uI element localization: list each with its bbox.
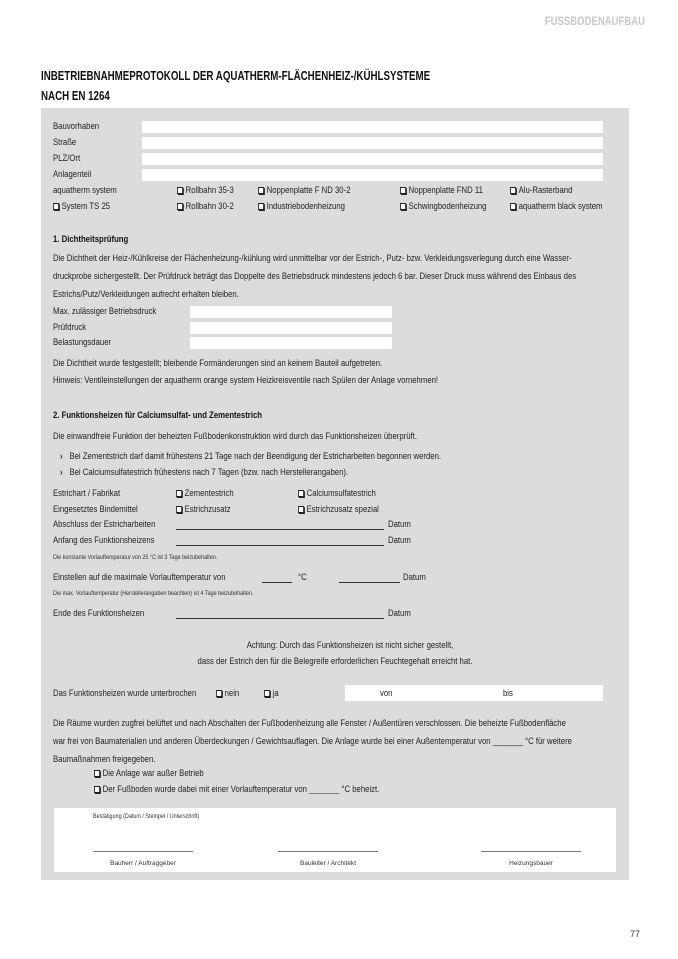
section2-intro: Die einwandfreie Funktion der beheizten … bbox=[53, 431, 417, 441]
checkbox-icon[interactable] bbox=[176, 506, 182, 513]
section1-heading: 1. Dichtheitsprüfung bbox=[53, 234, 128, 244]
abschluss-date-line[interactable] bbox=[176, 529, 384, 530]
max-temperature-line[interactable] bbox=[262, 582, 292, 583]
datum-label: Datum bbox=[388, 519, 411, 529]
document-subtitle: NACH EN 1264 bbox=[41, 89, 110, 103]
checkbox-icon[interactable] bbox=[510, 203, 516, 210]
chevron-right-icon: › bbox=[60, 451, 63, 461]
option-anlage-ausser-betrieb[interactable]: Die Anlage war außer Betrieb bbox=[94, 768, 204, 778]
section1-confirm-text: Die Dichtheit wurde festgestellt; bleibe… bbox=[53, 358, 382, 368]
datum-label: Datum bbox=[403, 572, 426, 582]
section2-heading: 2. Funktionsheizen für Calciumsulfat- un… bbox=[53, 410, 262, 420]
system-label: aquatherm system bbox=[53, 185, 117, 195]
checkbox-icon[interactable] bbox=[258, 203, 264, 210]
field-label-belastungsdauer: Belastungsdauer bbox=[53, 337, 111, 347]
option-rollbahn-35-3[interactable]: Rollbahn 35-3 bbox=[177, 185, 234, 195]
option-nein[interactable]: nein bbox=[216, 688, 239, 698]
field-label-max-betriebsdruck: Max. zulässiger Betriebsdruck bbox=[53, 306, 156, 316]
bindemittel-label: Eingesetztes Bindemittel bbox=[53, 504, 138, 514]
checkbox-icon[interactable] bbox=[177, 187, 183, 194]
option-industriebodenheizung[interactable]: Industriebodenheizung bbox=[258, 201, 345, 211]
pruefdruck-field[interactable] bbox=[190, 322, 392, 334]
checkbox-icon[interactable] bbox=[298, 490, 304, 497]
checkbox-icon[interactable] bbox=[400, 203, 406, 210]
bullet-calciumsulfatestrich: ›Bei Calciumsulfatestrich frühestens nac… bbox=[60, 467, 348, 477]
celsius-label: °C bbox=[298, 572, 307, 582]
datum-label: Datum bbox=[388, 535, 411, 545]
option-ja[interactable]: ja bbox=[264, 688, 279, 698]
interrupted-label: Das Funktionsheizen wurde unterbrochen bbox=[53, 688, 196, 698]
bauvorhaben-field[interactable] bbox=[142, 121, 603, 133]
checkbox-icon[interactable] bbox=[177, 203, 183, 210]
einstellen-date-line[interactable] bbox=[339, 582, 400, 583]
ende-date-line[interactable] bbox=[176, 618, 384, 619]
option-estrichzusatz-spezial[interactable]: Estrichzusatz spezial bbox=[298, 504, 379, 514]
page-number: 77 bbox=[630, 929, 640, 939]
field-label-plz-ort: PLZ/Ort bbox=[53, 153, 80, 163]
field-label-pruefdruck: Prüfdruck bbox=[53, 322, 86, 332]
bullet-zementestrich: ›Bei Zementstrich darf damit frühestens … bbox=[60, 451, 441, 461]
signature-line-bauherr[interactable] bbox=[93, 851, 193, 852]
section1-paragraph: Die Dichtheit der Heiz-/Kühlkreise der F… bbox=[53, 249, 621, 303]
signature-caption: Bestätigung (Datum / Stempel / Unterschr… bbox=[93, 813, 199, 820]
checkbox-icon[interactable] bbox=[510, 187, 516, 194]
document-title: INBETRIEBNAHMEPROTOKOLL DER AQUATHERM-FL… bbox=[41, 69, 430, 83]
signature-line-heizungsbauer[interactable] bbox=[481, 851, 581, 852]
estrichart-label: Estrichart / Fabrikat bbox=[53, 488, 120, 498]
to-label: bis bbox=[503, 688, 513, 698]
checkbox-icon[interactable] bbox=[53, 203, 59, 210]
closing-paragraph: Die Räume wurden zugfrei belüftet und na… bbox=[53, 714, 621, 768]
belastungsdauer-field[interactable] bbox=[190, 337, 392, 349]
checkbox-icon[interactable] bbox=[400, 187, 406, 194]
note-max-temperature: Die max. Vorlauftemperatur (Herstelleran… bbox=[53, 590, 253, 597]
field-label-bauvorhaben: Bauvorhaben bbox=[53, 121, 99, 131]
note-constant-temperature: Die konstante Vorlauftemperatur von 25 °… bbox=[53, 554, 217, 561]
checkbox-icon[interactable] bbox=[176, 490, 182, 497]
chevron-right-icon: › bbox=[60, 467, 63, 477]
option-rollbahn-30-2[interactable]: Rollbahn 30-2 bbox=[177, 201, 234, 211]
anfang-label: Anfang des Funktionsheizens bbox=[53, 535, 155, 545]
signature-line-bauleiter[interactable] bbox=[278, 851, 378, 852]
option-noppenplatte-fnd-30-2[interactable]: Noppenplatte F ND 30-2 bbox=[258, 185, 351, 195]
signer-label-heizungsbauer: Heizungsbauer bbox=[471, 860, 591, 867]
option-aquatherm-black-system[interactable]: aquatherm black system bbox=[510, 201, 602, 211]
einstellen-label: Einstellen auf die maximale Vorlauftempe… bbox=[53, 572, 226, 582]
field-label-anlagenteil: Anlagenteil bbox=[53, 169, 91, 179]
option-calciumsulfatestrich[interactable]: Calciumsulfatestrich bbox=[298, 488, 376, 498]
checkbox-icon[interactable] bbox=[258, 187, 264, 194]
checkbox-icon[interactable] bbox=[298, 506, 304, 513]
checkbox-icon[interactable] bbox=[216, 690, 222, 697]
option-alu-rasterband[interactable]: Alu-Rasterband bbox=[510, 185, 572, 195]
section-header: FUSSBODENAUFBAU bbox=[545, 16, 635, 28]
warning-line-2: dass der Estrich den für die Belegreife … bbox=[133, 656, 537, 666]
section1-hint-text: Hinweis: Ventileinstellungen der aquathe… bbox=[53, 375, 438, 385]
max-betriebsdruck-field[interactable] bbox=[190, 306, 392, 318]
anfang-date-line[interactable] bbox=[176, 545, 384, 546]
checkbox-icon[interactable] bbox=[94, 786, 100, 793]
option-system-ts25[interactable]: System TS 25 bbox=[53, 201, 110, 211]
option-estrichzusatz[interactable]: Estrichzusatz bbox=[176, 504, 231, 514]
option-zementestrich[interactable]: Zementestrich bbox=[176, 488, 234, 498]
ende-label: Ende des Funktionsheizen bbox=[53, 608, 144, 618]
datum-label: Datum bbox=[388, 608, 411, 618]
signer-label-bauherr: Bauherr / Auftraggeber bbox=[83, 860, 203, 867]
signer-label-bauleiter: Bauleiter / Architekt bbox=[268, 860, 388, 867]
plz-ort-field[interactable] bbox=[142, 153, 603, 165]
option-noppenplatte-fnd-11[interactable]: Noppenplatte FND 11 bbox=[400, 185, 483, 195]
anlagenteil-field[interactable] bbox=[142, 169, 603, 181]
checkbox-icon[interactable] bbox=[264, 690, 270, 697]
abschluss-label: Abschluss der Estricharbeiten bbox=[53, 519, 155, 529]
option-fussboden-beheizt[interactable]: Der Fußboden wurde dabei mit einer Vorla… bbox=[94, 784, 379, 794]
from-label: von bbox=[380, 688, 392, 698]
strasse-field[interactable] bbox=[142, 137, 603, 149]
warning-line-1: Achtung: Durch das Funktionsheizen ist n… bbox=[178, 640, 522, 650]
field-label-strasse: Straße bbox=[53, 137, 76, 147]
option-schwingbodenheizung[interactable]: Schwingbodenheizung bbox=[400, 201, 486, 211]
checkbox-icon[interactable] bbox=[94, 770, 100, 777]
